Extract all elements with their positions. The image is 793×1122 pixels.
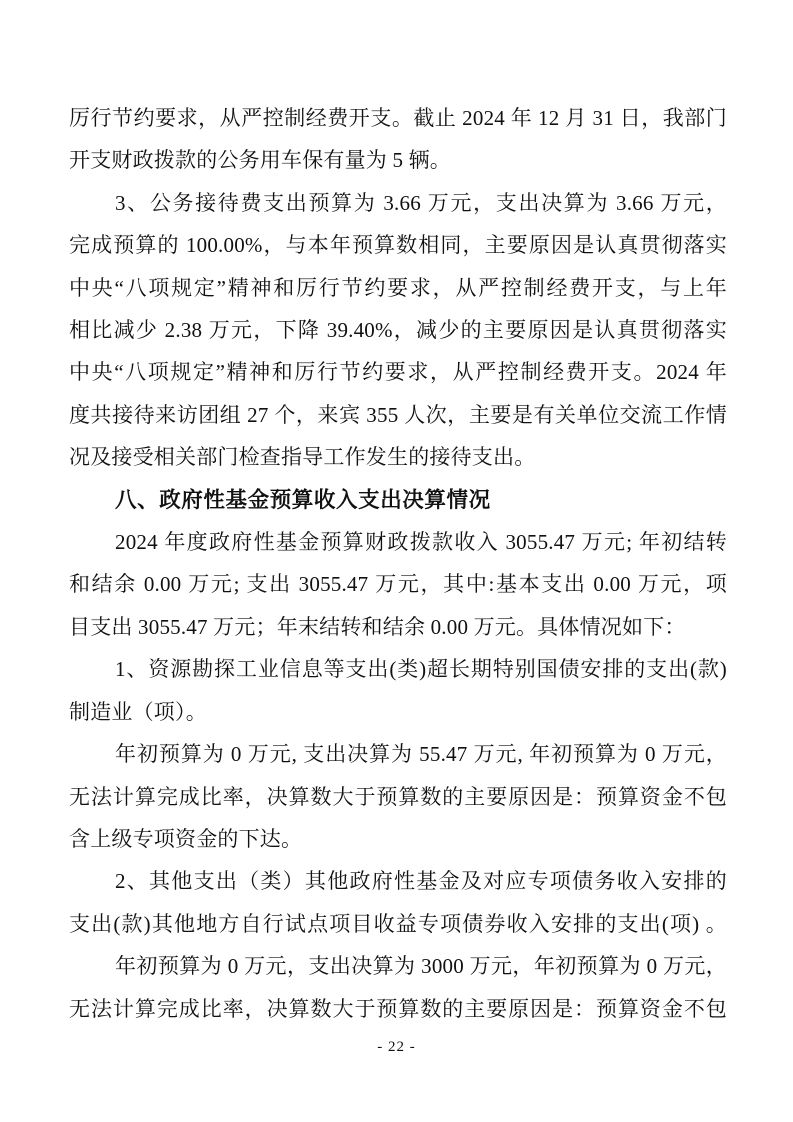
body-line: 中央“八项规定”精神和厉行节约要求，从严控制经费开支，与上年 — [69, 267, 727, 309]
body-line: 2、其他支出（类）其他政府性基金及对应专项债务收入安排的 — [69, 860, 727, 902]
body-line: 况及接受相关部门检查指导工作发生的接待支出。 — [69, 436, 727, 478]
body-line: 无法计算完成比率，决算数大于预算数的主要原因是：预算资金不包 — [69, 776, 727, 818]
body-line: 年初预算为 0 万元, 支出决算为 55.47 万元, 年初预算为 0 万元， — [69, 733, 727, 775]
body-line: 含上级专项资金的下达。 — [69, 818, 727, 860]
body-line: 支出(款)其他地方自行试点项目收益专项债券收入安排的支出(项) 。 — [69, 903, 727, 945]
body-line: 目支出 3055.47 万元；年末结转和结余 0.00 万元。具体情况如下： — [69, 606, 727, 648]
body-line: 完成预算的 100.00%，与本年预算数相同，主要原因是认真贯彻落实 — [69, 224, 727, 266]
body-line: 度共接待来访团组 27 个，来宾 355 人次，主要是有关单位交流工作情 — [69, 394, 727, 436]
document-page: 厉行节约要求，从严控制经费开支。截止 2024 年 12 月 31 日，我部门 … — [0, 0, 793, 1122]
body-line: 年初预算为 0 万元，支出决算为 3000 万元，年初预算为 0 万元， — [69, 945, 727, 987]
body-line: 开支财政拨款的公务用车保有量为 5 辆。 — [69, 139, 727, 181]
body-line: 中央“八项规定”精神和厉行节约要求，从严控制经费开支。2024 年 — [69, 351, 727, 393]
section-heading: 八、政府性基金预算收入支出决算情况 — [69, 479, 727, 521]
body-line: 1、资源勘探工业信息等支出(类)超长期特别国债安排的支出(款) — [69, 648, 727, 690]
body-line: 2024 年度政府性基金预算财政拨款收入 3055.47 万元; 年初结转 — [69, 521, 727, 563]
body-line: 和结余 0.00 万元; 支出 3055.47 万元，其中:基本支出 0.00 … — [69, 563, 727, 605]
body-line: 制造业（项）。 — [69, 691, 727, 733]
body-line: 厉行节约要求，从严控制经费开支。截止 2024 年 12 月 31 日，我部门 — [69, 97, 727, 139]
body-line: 无法计算完成比率，决算数大于预算数的主要原因是：预算资金不包 — [69, 988, 727, 1030]
body-line: 3、公务接待费支出预算为 3.66 万元，支出决算为 3.66 万元， — [69, 182, 727, 224]
page-number: - 22 - — [0, 1036, 793, 1058]
body-line: 相比减少 2.38 万元，下降 39.40%，减少的主要原因是认真贯彻落实 — [69, 309, 727, 351]
document-body: 厉行节约要求，从严控制经费开支。截止 2024 年 12 月 31 日，我部门 … — [69, 97, 727, 1030]
